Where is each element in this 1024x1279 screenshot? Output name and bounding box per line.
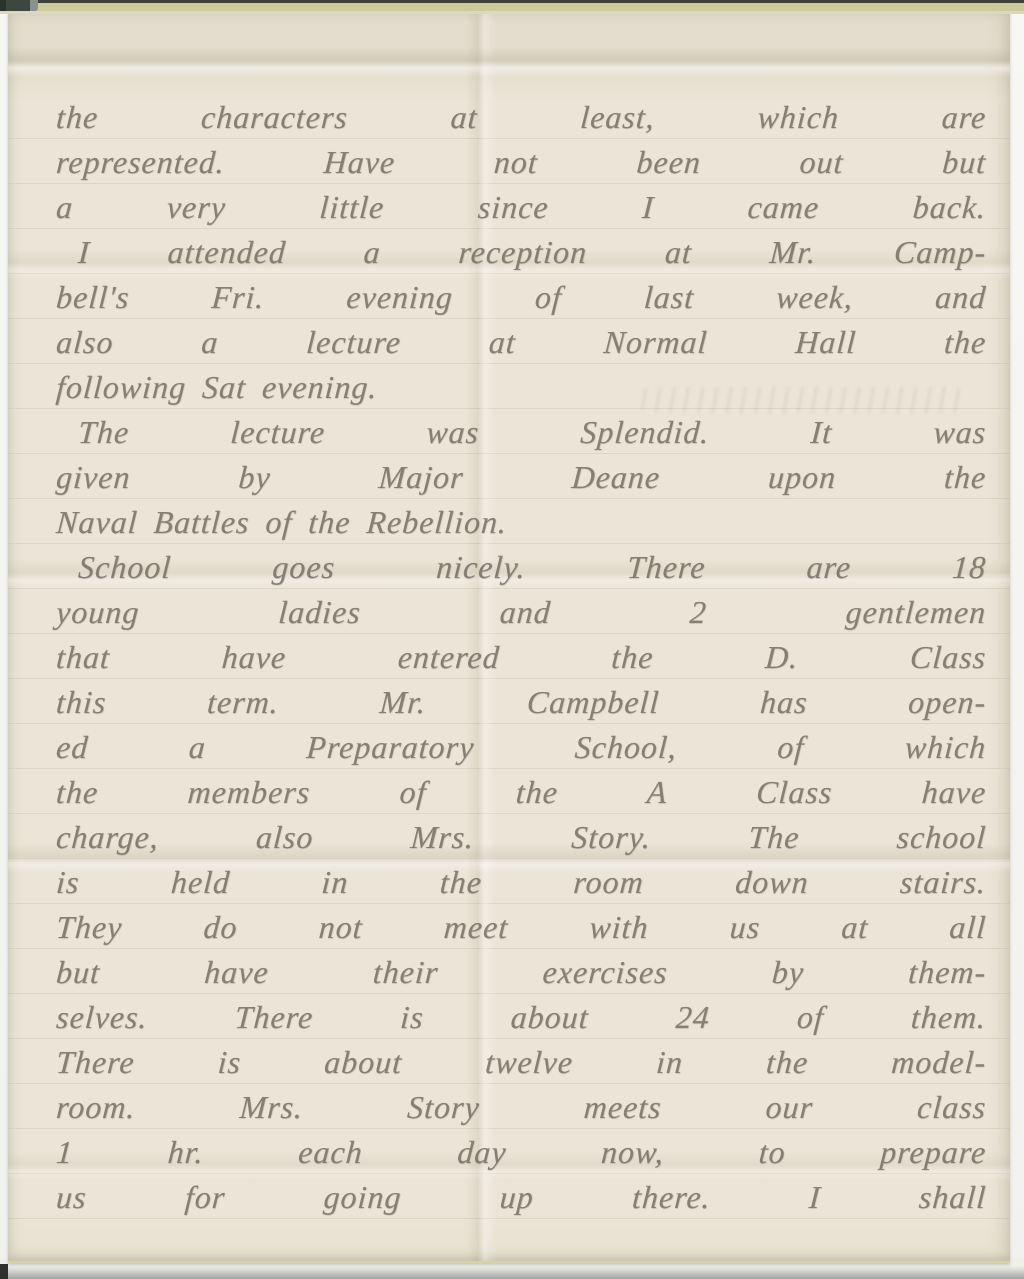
letter-line: that have entered the D. Class bbox=[54, 639, 987, 684]
letter-line: School goes nicely. There are 18 bbox=[54, 549, 987, 594]
scanner-clip-artifact bbox=[0, 0, 38, 11]
letter-line: The lecture was Splendid. It was bbox=[54, 414, 987, 459]
letter-line: but have their exercises by them- bbox=[54, 954, 987, 999]
letter-line: I attended a reception at Mr. Camp- bbox=[54, 234, 987, 279]
letter-body: the characters at least, which arerepres… bbox=[56, 99, 986, 1224]
letter-line: room. Mrs. Story meets our class bbox=[54, 1089, 987, 1134]
letter-line: They do not meet with us at all bbox=[54, 909, 987, 954]
scan-corner-artifact bbox=[0, 1264, 8, 1279]
letter-line: represented. Have not been out but bbox=[54, 144, 987, 189]
letter-line: charge, also Mrs. Story. The school bbox=[54, 819, 987, 864]
letter-line: the characters at least, which are bbox=[54, 99, 987, 144]
letter-line: ed a Preparatory School, of which bbox=[54, 729, 987, 774]
letter-line: us for going up there. I shall bbox=[54, 1179, 987, 1224]
letter-line: Naval Battles of the Rebellion. bbox=[54, 504, 987, 549]
letter-line: also a lecture at Normal Hall the bbox=[54, 324, 987, 369]
fold-crease-top bbox=[8, 47, 1010, 77]
letter-line: this term. Mr. Campbell has open- bbox=[54, 684, 987, 729]
scan-edge-top bbox=[0, 0, 1024, 14]
letter-line: the members of the A Class have bbox=[54, 774, 987, 819]
letter-paper: the characters at least, which arerepres… bbox=[8, 11, 1010, 1263]
letter-line: is held in the room down stairs. bbox=[54, 864, 987, 909]
letter-line: There is about twelve in the model- bbox=[54, 1044, 987, 1089]
scanned-letter-page: the characters at least, which arerepres… bbox=[0, 0, 1024, 1279]
letter-line: given by Major Deane upon the bbox=[54, 459, 987, 504]
letter-line: young ladies and 2 gentlemen bbox=[54, 594, 987, 639]
letter-line: bell's Fri. evening of last week, and bbox=[54, 279, 987, 324]
letter-line: 1 hr. each day now, to prepare bbox=[54, 1134, 987, 1179]
letter-line: selves. There is about 24 of them. bbox=[54, 999, 987, 1044]
letter-line: following Sat evening. bbox=[54, 369, 987, 414]
letter-line: a very little since I came back. bbox=[54, 189, 987, 234]
